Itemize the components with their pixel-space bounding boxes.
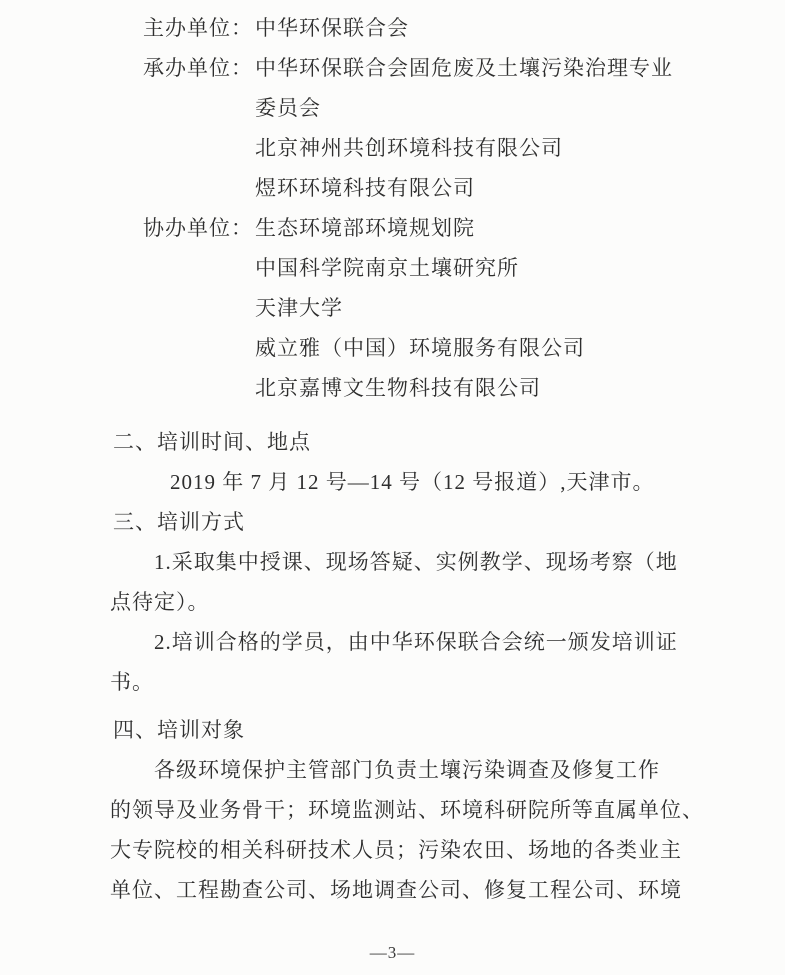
paragraph-line: 各级环境保护主管部门负责土壤污染调查及修复工作 <box>110 750 730 790</box>
organizer-continuation-line: 北京神州共创环境科技有限公司 <box>110 128 730 168</box>
paragraph-line: 书。 <box>110 662 730 702</box>
organizer-label: 协办单位： <box>143 208 255 248</box>
organizer-value: 中华环保联合会固危废及土壤污染治理专业 <box>255 56 673 80</box>
organizer-continuation-line: 煜环环境科技有限公司 <box>110 168 730 208</box>
section-heading: 三、培训方式 <box>110 502 730 542</box>
page-number: —3— <box>0 943 785 963</box>
sections-block: 二、培训时间、地点2019 年 7 月 12 号—14 号（12 号报道）,天津… <box>110 422 730 910</box>
paragraph-line: 2019 年 7 月 12 号—14 号（12 号报道）,天津市。 <box>110 462 730 502</box>
organizer-block: 主办单位：中华环保联合会承办单位：中华环保联合会固危废及土壤污染治理专业委员会北… <box>110 8 730 408</box>
organizer-label: 承办单位： <box>143 48 255 88</box>
organizer-value: 生态环境部环境规划院 <box>255 216 475 240</box>
paragraph-line: 2.培训合格的学员，由中华环保联合会统一颁发培训证 <box>110 622 730 662</box>
document-page: 主办单位：中华环保联合会承办单位：中华环保联合会固危废及土壤污染治理专业委员会北… <box>0 0 785 975</box>
paragraph-line: 的领导及业务骨干；环境监测站、环境科研院所等直属单位、 <box>110 790 730 830</box>
section-heading: 二、培训时间、地点 <box>110 422 730 462</box>
organizer-row: 承办单位：中华环保联合会固危废及土壤污染治理专业 <box>110 48 730 88</box>
paragraph-line: 点待定）。 <box>110 582 730 622</box>
organizer-continuation-line: 北京嘉博文生物科技有限公司 <box>110 368 730 408</box>
section-heading: 四、培训对象 <box>110 710 730 750</box>
organizer-continuation-line: 中国科学院南京土壤研究所 <box>110 248 730 288</box>
paragraph-line: 单位、工程勘查公司、场地调查公司、修复工程公司、环境 <box>110 870 730 910</box>
document-section: 四、培训对象各级环境保护主管部门负责土壤污染调查及修复工作的领导及业务骨干；环境… <box>110 710 730 910</box>
organizer-row: 主办单位：中华环保联合会 <box>110 8 730 48</box>
document-section: 三、培训方式1.采取集中授课、现场答疑、实例教学、现场考察（地点待定）。2.培训… <box>110 502 730 702</box>
paragraph-line: 1.采取集中授课、现场答疑、实例教学、现场考察（地 <box>110 542 730 582</box>
document-section: 二、培训时间、地点2019 年 7 月 12 号—14 号（12 号报道）,天津… <box>110 422 730 502</box>
paragraph-line: 大专院校的相关科研技术人员；污染农田、场地的各类业主 <box>110 830 730 870</box>
organizer-value: 中华环保联合会 <box>255 16 409 40</box>
organizer-row: 协办单位：生态环境部环境规划院 <box>110 208 730 248</box>
organizer-continuation-line: 威立雅（中国）环境服务有限公司 <box>110 328 730 368</box>
organizer-continuation-line: 委员会 <box>110 88 730 128</box>
document-content: 主办单位：中华环保联合会承办单位：中华环保联合会固危废及土壤污染治理专业委员会北… <box>110 8 730 910</box>
organizer-label: 主办单位： <box>143 8 255 48</box>
organizer-continuation-line: 天津大学 <box>110 288 730 328</box>
